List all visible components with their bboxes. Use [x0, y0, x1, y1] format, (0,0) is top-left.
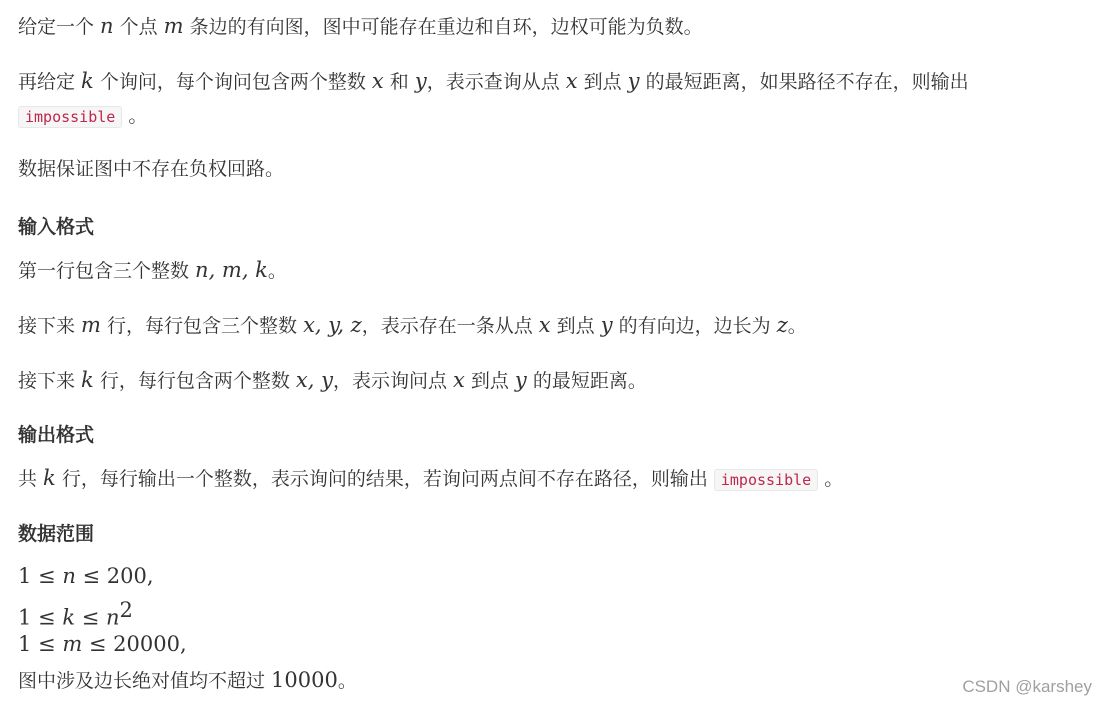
math-y: y — [601, 313, 613, 337]
math-x: x — [566, 69, 578, 93]
range-edge-weight: 图中涉及边长绝对值均不超过 10000。 — [18, 666, 357, 695]
math-n: n — [106, 605, 120, 629]
text: 第一行包含三个整数 — [18, 260, 195, 282]
math-k: k — [43, 466, 56, 490]
text: 。 — [268, 260, 287, 282]
math: ≤ — [75, 605, 106, 629]
math-m: m — [164, 14, 184, 38]
paragraph-graph-definition: 给定一个 n 个点 m 条边的有向图，图中可能存在重边和自环，边权可能为负数。 — [18, 12, 703, 41]
heading-input-format: 输入格式 — [18, 213, 94, 241]
text: 。 — [788, 315, 807, 337]
math-k: k — [62, 605, 75, 629]
range-m: 1 ≤ m ≤ 20000, — [18, 630, 187, 659]
text: ，表示询问点 — [333, 370, 453, 392]
text: 的有向边，边长为 — [613, 315, 777, 337]
math-k: k — [81, 69, 94, 93]
text: 的最短距离，如果路径不存在，则输出 — [640, 71, 969, 93]
text: 到点 — [578, 71, 628, 93]
text: 行，每行包含三个整数 — [101, 315, 303, 337]
math-x: x — [372, 69, 384, 93]
text: 。 — [824, 468, 843, 490]
text: 接下来 — [18, 370, 81, 392]
math: 1 ≤ — [18, 564, 62, 588]
range-n: 1 ≤ n ≤ 200, — [18, 562, 154, 591]
math: ≤ 20000, — [82, 632, 186, 656]
text: 。 — [128, 105, 147, 127]
math: ≤ 200, — [76, 564, 154, 588]
text: 。 — [338, 670, 357, 692]
math-k: k — [81, 368, 94, 392]
math-n: n — [62, 564, 76, 588]
text: 的最短距离。 — [527, 370, 647, 392]
inline-code-impossible: impossible — [714, 469, 818, 491]
math-m: m — [62, 632, 82, 656]
paragraph-guarantee: 数据保证图中不存在负权回路。 — [18, 155, 284, 183]
paragraph-queries: 再给定 k 个询问，每个询问包含两个整数 x 和 y，表示查询从点 x 到点 y… — [18, 67, 969, 96]
input-line-3: 接下来 k 行，每行包含两个整数 x, y，表示询问点 x 到点 y 的最短距离… — [18, 366, 647, 395]
math: 1 ≤ — [18, 605, 62, 629]
text: 行，每行包含两个整数 — [94, 370, 296, 392]
math-number: 10000 — [271, 668, 338, 692]
text: 和 — [384, 71, 415, 93]
text: 个询问，每个询问包含两个整数 — [94, 71, 372, 93]
text: 个点 — [114, 16, 164, 38]
text: 图中涉及边长绝对值均不超过 — [18, 670, 271, 692]
input-line-1: 第一行包含三个整数 n, m, k。 — [18, 256, 287, 285]
text: 到点 — [465, 370, 515, 392]
text: 条边的有向图，图中可能存在重边和自环，边权可能为负数。 — [184, 16, 703, 38]
heading-output-format: 输出格式 — [18, 421, 94, 449]
input-line-2: 接下来 m 行，每行包含三个整数 x, y, z，表示存在一条从点 x 到点 y… — [18, 311, 807, 340]
text: 再给定 — [18, 71, 81, 93]
text: 接下来 — [18, 315, 81, 337]
text: 给定一个 — [18, 16, 100, 38]
text: ，表示存在一条从点 — [362, 315, 539, 337]
math-y: y — [628, 69, 640, 93]
math-m: m — [81, 313, 101, 337]
math-superscript: 2 — [120, 598, 133, 622]
paragraph-queries-cont: impossible 。 — [18, 102, 147, 131]
output-line: 共 k 行，每行输出一个整数，表示询问的结果，若询问两点间不存在路径，则输出 i… — [18, 464, 843, 494]
math-x: x — [539, 313, 551, 337]
math-y: y — [515, 368, 527, 392]
range-k: 1 ≤ k ≤ n2 — [18, 596, 133, 632]
math-y: y — [415, 69, 427, 93]
csdn-watermark: CSDN @karshey — [962, 677, 1092, 697]
math-vars: x, y, z — [303, 313, 362, 337]
text: 行，每行输出一个整数，表示询问的结果，若询问两点间不存在路径，则输出 — [56, 468, 714, 490]
math-vars: n, m, k — [195, 258, 268, 282]
math: 1 ≤ — [18, 632, 62, 656]
math-x: x — [453, 368, 465, 392]
inline-code-impossible: impossible — [18, 106, 122, 128]
text: 到点 — [551, 315, 601, 337]
math-z: z — [777, 313, 788, 337]
text: ，表示查询从点 — [427, 71, 566, 93]
text: 共 — [18, 468, 43, 490]
math-vars: x, y — [296, 368, 333, 392]
math-n: n — [100, 14, 114, 38]
heading-data-range: 数据范围 — [18, 520, 94, 548]
